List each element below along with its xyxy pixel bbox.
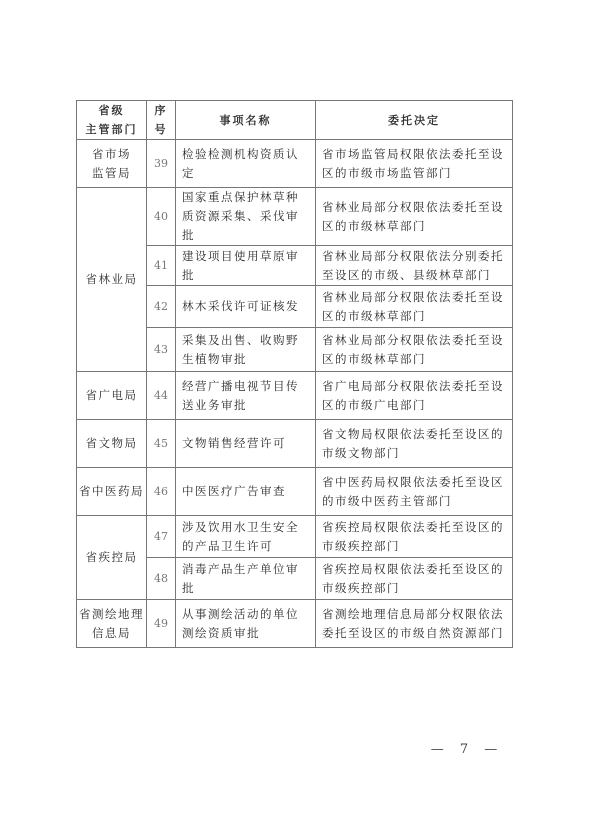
header-dept-line2: 主管部门: [86, 123, 138, 136]
table-row: 省林业局 40 国家重点保护林草种质资源采集、采伐审批 省林业局部分权限依法委托…: [77, 188, 513, 246]
dept-cell: 省文物局: [77, 420, 147, 468]
item-name: 检验检测机构资质认定: [176, 140, 316, 188]
table-row: 省中医药局 46 中医医疗广告审查 省中医药局权限依法委托至设区的市级中医药主管…: [77, 468, 513, 516]
row-number: 46: [147, 468, 176, 516]
dept-cell: 省疾控局: [77, 516, 147, 600]
header-no-line1: 序: [155, 104, 168, 117]
row-number: 45: [147, 420, 176, 468]
dept-cell: 省测绘地理信息局: [77, 600, 147, 648]
decision-text: 省疾控局权限依法委托至设区的市级疾控部门: [316, 558, 513, 600]
header-no: 序号: [147, 101, 176, 140]
dept-line2: 监管局: [92, 166, 131, 180]
row-number: 44: [147, 372, 176, 420]
dept-cell: 省市场监管局: [77, 140, 147, 188]
page-number: — 7 —: [420, 742, 514, 757]
row-number: 40: [147, 188, 176, 246]
dept-line1: 省测绘地理: [79, 607, 144, 621]
dept-cell: 省林业局: [77, 188, 147, 372]
header-dept-line1: 省级: [99, 104, 125, 117]
decision-text: 省广电局部分权限依法委托至设区的市级广电部门: [316, 372, 513, 420]
decision-text: 省林业局部分权限依法委托至设区的市级林草部门: [316, 328, 513, 372]
dept-cell: 省广电局: [77, 372, 147, 420]
dept-line2: 信息局: [92, 626, 131, 640]
row-number: 39: [147, 140, 176, 188]
decision-text: 省疾控局权限依法委托至设区的市级疾控部门: [316, 516, 513, 558]
decision-text: 省中医药局权限依法委托至设区的市级中医药主管部门: [316, 468, 513, 516]
table-row: 省广电局 44 经营广播电视节目传送业务审批 省广电局部分权限依法委托至设区的市…: [77, 372, 513, 420]
row-number: 41: [147, 246, 176, 286]
dept-line1: 省市场: [92, 147, 131, 161]
decision-text: 省市场监管局权限依法委托至设区的市级市场监管部门: [316, 140, 513, 188]
item-name: 国家重点保护林草种质资源采集、采伐审批: [176, 188, 316, 246]
decision-text: 省林业局部分权限依法分别委托至设区的市级、县级林草部门: [316, 246, 513, 286]
item-name: 消毒产品生产单位审批: [176, 558, 316, 600]
item-name: 文物销售经营许可: [176, 420, 316, 468]
decision-text: 省林业局部分权限依法委托至设区的市级林草部门: [316, 286, 513, 328]
header-no-line2: 号: [155, 123, 168, 136]
table-header-row: 省级主管部门 序号 事项名称 委托决定: [77, 101, 513, 140]
decision-text: 省文物局权限依法委托至设区的市级文物部门: [316, 420, 513, 468]
table-row: 省文物局 45 文物销售经营许可 省文物局权限依法委托至设区的市级文物部门: [77, 420, 513, 468]
row-number: 47: [147, 516, 176, 558]
item-name: 林木采伐许可证核发: [176, 286, 316, 328]
dept-cell: 省中医药局: [77, 468, 147, 516]
table-row: 省市场监管局 39 检验检测机构资质认定 省市场监管局权限依法委托至设区的市级市…: [77, 140, 513, 188]
row-number: 43: [147, 328, 176, 372]
row-number: 49: [147, 600, 176, 648]
decision-text: 省林业局部分权限依法委托至设区的市级林草部门: [316, 188, 513, 246]
row-number: 42: [147, 286, 176, 328]
item-name: 经营广播电视节目传送业务审批: [176, 372, 316, 420]
table-row: 省测绘地理信息局 49 从事测绘活动的单位测绘资质审批 省测绘地理信息局部分权限…: [77, 600, 513, 648]
item-name: 从事测绘活动的单位测绘资质审批: [176, 600, 316, 648]
header-dept: 省级主管部门: [77, 101, 147, 140]
row-number: 48: [147, 558, 176, 600]
item-name: 建设项目使用草原审批: [176, 246, 316, 286]
item-name: 涉及饮用水卫生安全的产品卫生许可: [176, 516, 316, 558]
decision-text: 省测绘地理信息局部分权限依法委托至设区的市级自然资源部门: [316, 600, 513, 648]
header-decision: 委托决定: [316, 101, 513, 140]
table-row: 省疾控局 47 涉及饮用水卫生安全的产品卫生许可 省疾控局权限依法委托至设区的市…: [77, 516, 513, 558]
delegation-table: 省级主管部门 序号 事项名称 委托决定 省市场监管局 39 检验检测机构资质认定…: [76, 100, 513, 648]
item-name: 采集及出售、收购野生植物审批: [176, 328, 316, 372]
header-name: 事项名称: [176, 101, 316, 140]
item-name: 中医医疗广告审查: [176, 468, 316, 516]
